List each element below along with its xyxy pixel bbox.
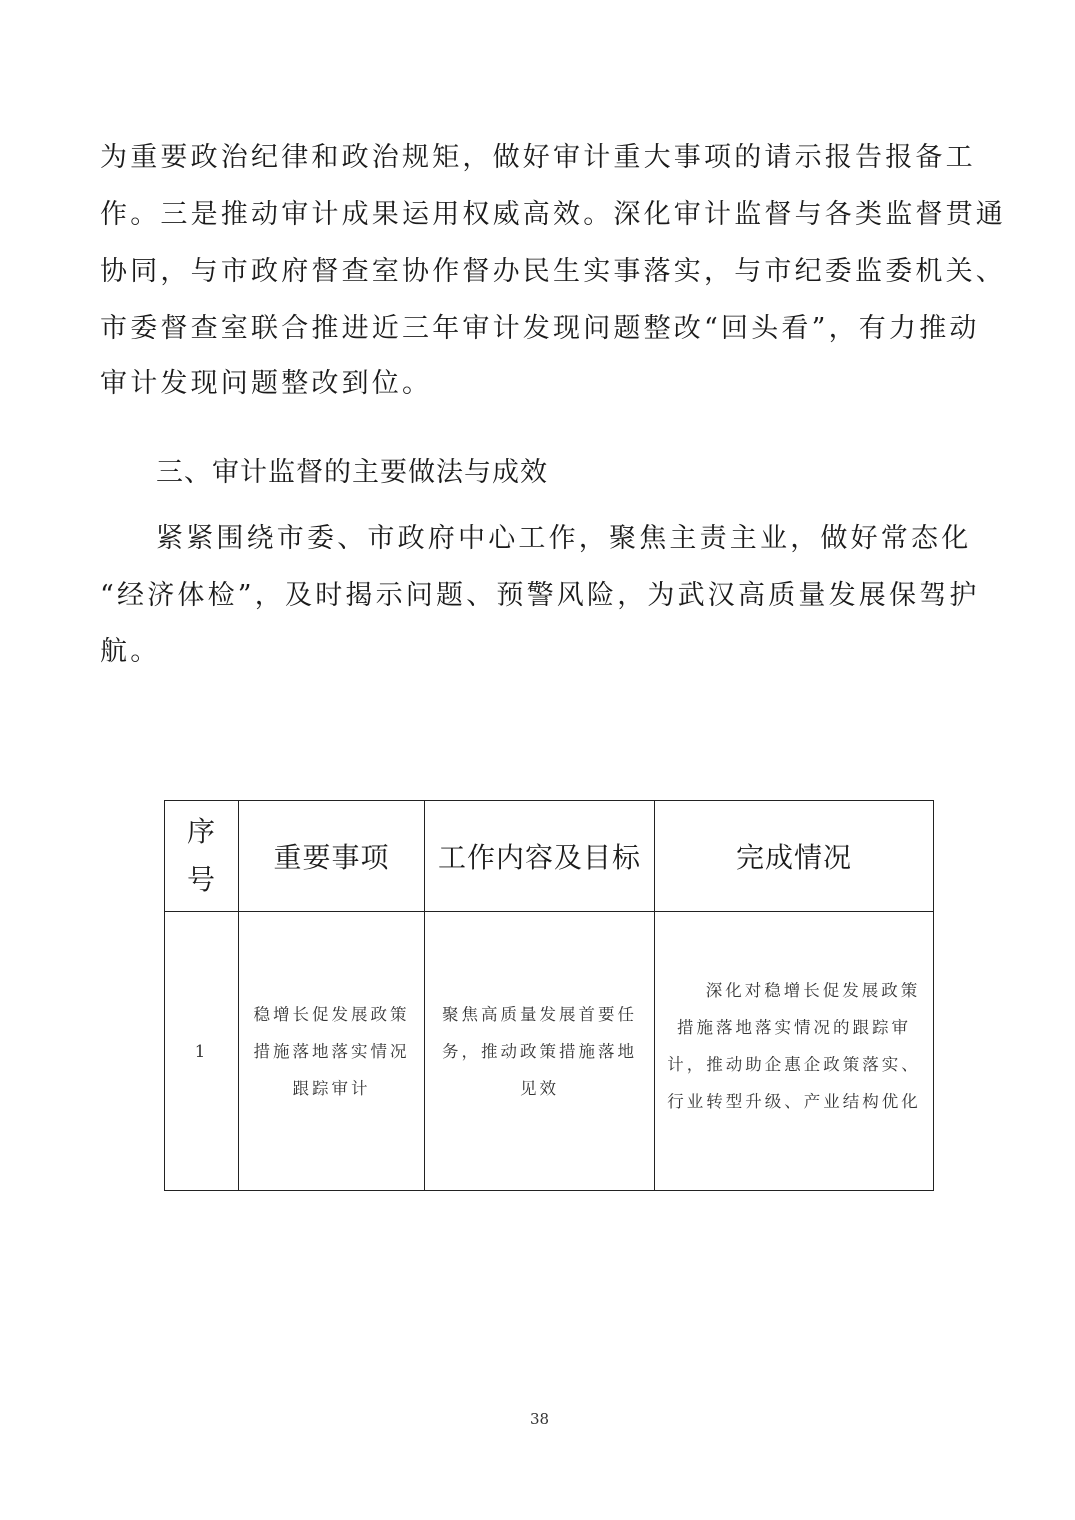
cell-item-text: 稳增长促发展政策措施落地落实情况跟踪审计: [239, 996, 424, 1107]
header-status: 完成情况: [655, 801, 934, 912]
cell-item: 稳增长促发展政策措施落地落实情况跟踪审计: [239, 912, 425, 1191]
page-number: 38: [530, 1410, 549, 1428]
header-item: 重要事项: [239, 801, 425, 912]
text-line: 协同，与市政府督查室协作督办民生实事落实，与市纪委监委机关、: [100, 254, 1006, 290]
header-content: 工作内容及目标: [425, 801, 655, 912]
section-heading: 三、审计监督的主要做法与成效: [156, 450, 548, 489]
text-line: 航。: [100, 634, 160, 670]
text-line: 紧紧围绕市委、市政府中心工作，聚焦主责主业，做好常态化: [156, 521, 971, 557]
text-line: “经济体检”，及时揭示问题、预警风险，为武汉高质量发展保驾护: [100, 578, 980, 614]
cell-status: 深化对稳增长促发展政策措施落地落实情况的跟踪审计，推动助企惠企政策落实、行业转型…: [655, 912, 934, 1191]
tasks-table: 序 号 重要事项 工作内容及目标 完成情况 1 稳增长促发展政策措施落地落实情况…: [164, 800, 934, 1191]
text-line: 市委督查室联合推进近三年审计发现问题整改“回头看”，有力推动: [100, 311, 980, 347]
header-seq-line2: 号: [165, 856, 238, 904]
text-line: 作。三是推动审计成果运用权威高效。深化审计监督与各类监督贯通: [100, 197, 1006, 233]
cell-seq-text: 1: [165, 1033, 238, 1070]
table-header-row: 序 号 重要事项 工作内容及目标 完成情况: [165, 801, 934, 912]
header-seq-line1: 序: [165, 808, 238, 856]
table-row: 1 稳增长促发展政策措施落地落实情况跟踪审计 聚焦高质量发展首要任务，推动政策措…: [165, 912, 934, 1191]
cell-status-text: 深化对稳增长促发展政策措施落地落实情况的跟踪审计，推动助企惠企政策落实、行业转型…: [655, 972, 933, 1120]
cell-seq: 1: [165, 912, 239, 1191]
header-seq: 序 号: [165, 801, 239, 912]
text-line: 为重要政治纪律和政治规矩，做好审计重大事项的请示报告报备工: [100, 140, 976, 176]
text-line: 审计发现问题整改到位。: [100, 366, 432, 402]
cell-content: 聚焦高质量发展首要任务，推动政策措施落地见效: [425, 912, 655, 1191]
cell-content-text: 聚焦高质量发展首要任务，推动政策措施落地见效: [425, 996, 654, 1107]
